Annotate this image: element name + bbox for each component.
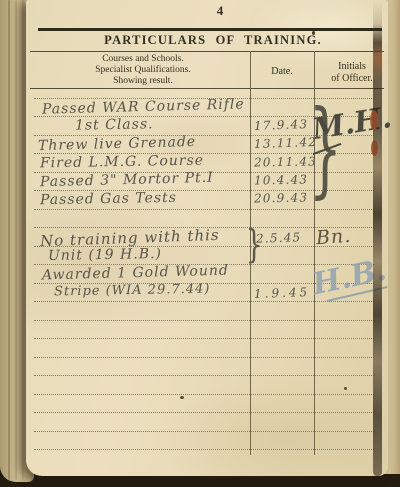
entry-date: 13.11.42: [254, 135, 317, 151]
ruled-line: [34, 357, 374, 358]
scanned-service-book-photo: 4 PARTICULARS OF TRAINING. Courses and S…: [0, 0, 400, 487]
ruled-line: [34, 449, 374, 450]
header-top-rule: [30, 51, 384, 52]
entry-date: 1.9.45: [254, 285, 311, 301]
ruled-line: [34, 301, 374, 302]
spine-crease: [8, 0, 10, 480]
entry-text: Unit (19 H.B.): [48, 246, 162, 264]
page-number: 4: [208, 3, 232, 19]
entry-date: 10.4.43: [254, 173, 308, 188]
service-book-page: 4 PARTICULARS OF TRAINING. Courses and S…: [26, 0, 388, 476]
entry-date: 20.9.43: [254, 191, 308, 206]
entry-date: 20.11.43: [254, 154, 317, 169]
entry-text: Stripe (WIA 29.7.44): [54, 282, 211, 300]
paper-speck: [344, 387, 347, 390]
entry-date: 17.9.43: [254, 117, 309, 133]
paper-speck: [312, 31, 315, 35]
column-header-courses: Courses and Schools. Specialist Qualific…: [50, 54, 236, 87]
entry-text: Threw live Grenade: [38, 134, 197, 154]
entry-text: Passed Gas Tests: [40, 190, 177, 208]
ruled-line: [34, 320, 374, 321]
torn-binding-edge: [373, 0, 382, 476]
column-header-date: Date.: [252, 66, 312, 77]
entry-text: Fired L.M.G. Course: [40, 153, 204, 172]
column-header-line: Courses and Schools.: [50, 54, 236, 65]
paper-speck: [180, 396, 184, 399]
binding-rust-spot: [371, 140, 378, 156]
entry-text: Passed WAR Course Rifle: [42, 96, 245, 117]
ruled-line: [34, 338, 374, 339]
ruled-line: [34, 431, 374, 432]
page-title: PARTICULARS OF TRAINING.: [40, 33, 386, 48]
ruled-line: [34, 412, 374, 413]
column-header-line: Showing result.: [50, 76, 236, 87]
ruled-line: [34, 394, 374, 395]
entry-text: Awarded 1 Gold Wound: [42, 263, 229, 284]
entry-text: 1st Class.: [75, 116, 154, 133]
entry-text: Passed 3" Mortor Pt.I: [40, 170, 214, 191]
entry-date: 2.5.45: [256, 230, 302, 246]
spine-crease: [15, 0, 17, 480]
column-header-line: Specialist Qualifications.: [50, 65, 236, 76]
ruled-line: [34, 209, 374, 210]
officer-initials: Bn.: [315, 225, 352, 249]
ruled-line: [34, 375, 374, 376]
binding-rust-spot: [370, 110, 378, 130]
top-rule: [38, 28, 382, 31]
spine-crease: [22, 0, 24, 480]
